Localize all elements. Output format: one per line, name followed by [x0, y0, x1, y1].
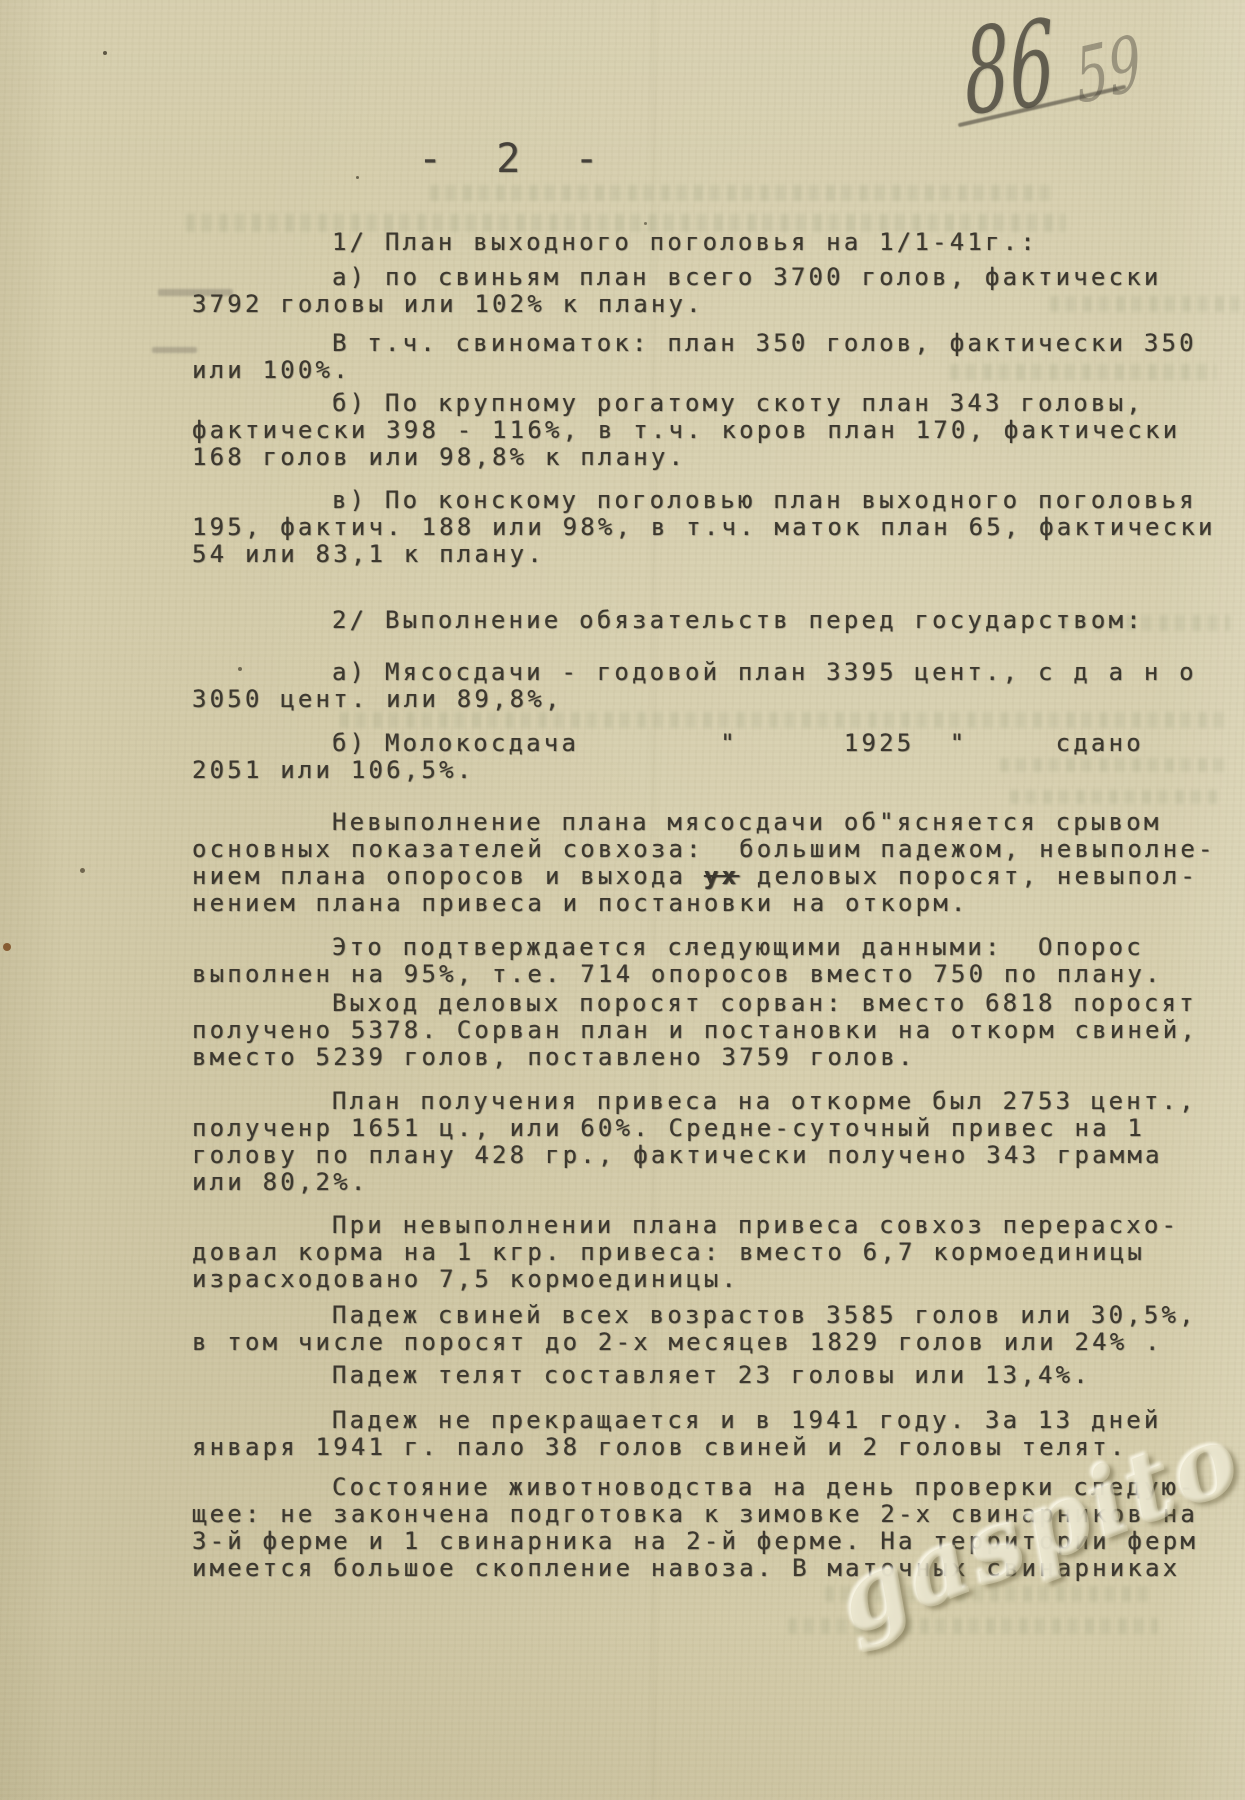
- text-line: 3792 головы или 102% к плану.: [192, 291, 1207, 318]
- text-line: израсходовано 7,5 кормоединицы.: [192, 1266, 1207, 1293]
- paragraph: а) Мясосдачи - годовой план 3395 цент., …: [192, 659, 1207, 713]
- text-line: Падеж свиней всех возрастов 3585 голов и…: [192, 1302, 1207, 1329]
- text-line: а) по свиньям план всего 3700 голов, фак…: [192, 264, 1207, 291]
- bleedthrough-ghost-line: [788, 1618, 1158, 1634]
- text-line: вместо 5239 голов, поставлено 3759 голов…: [192, 1044, 1207, 1071]
- text-line: Падеж не прекращается и в 1941 году. За …: [192, 1407, 1207, 1434]
- page-number: - 2 -: [418, 136, 601, 182]
- pencil-mark: [152, 347, 197, 353]
- scanned-document-page: - 2 - 86 59 1/ План выходного поголовья …: [0, 0, 1245, 1800]
- text-line: или 100%.: [192, 357, 1207, 384]
- paragraph: План получения привеса на откорме был 27…: [192, 1088, 1207, 1196]
- text-line: В т.ч. свиноматок: план 350 голов, факти…: [192, 330, 1207, 357]
- paragraph: а) по свиньям план всего 3700 голов, фак…: [192, 264, 1207, 318]
- text-line: 168 голов или 98,8% к плану.: [192, 444, 1207, 471]
- text-line: в том числе поросят до 2-х месяцев 1829 …: [192, 1329, 1207, 1356]
- paragraph: в) По конскому поголовью план выходного …: [192, 487, 1207, 568]
- paragraph: 1/ План выходного поголовья на 1/1-41г.:: [192, 229, 1207, 256]
- paragraph: 2/ Выполнение обязательств перед государ…: [192, 607, 1207, 634]
- text-line: 54 или 83,1 к плану.: [192, 541, 1207, 568]
- paragraph: Падеж не прекращается и в 1941 году. За …: [192, 1407, 1207, 1461]
- paragraph: При невыполнении плана привеса совхоз пе…: [192, 1212, 1207, 1293]
- text-line: 195, фактич. 188 или 98%, в т.ч. маток п…: [192, 514, 1207, 541]
- text-line: основных показателей совхоза: большим па…: [192, 836, 1207, 863]
- text-line: б) По крупному рогатому скоту план 343 г…: [192, 390, 1207, 417]
- text-line: нением плана привеса и постановки на отк…: [192, 890, 1207, 917]
- text-line: получено 5378. Сорван план и постановки …: [192, 1017, 1207, 1044]
- paper-speck: [80, 868, 85, 873]
- paragraph: б) Молокосдача " 1925 " сдано 2051 или 1…: [192, 730, 1207, 784]
- struck-word: ух: [704, 862, 739, 890]
- text-line: План получения привеса на откорме был 27…: [192, 1088, 1207, 1115]
- text-line: полученр 1651 ц., или 60%. Средне-суточн…: [192, 1115, 1207, 1142]
- text-line: 1/ План выходного поголовья на 1/1-41г.:: [192, 229, 1207, 256]
- paragraph: В т.ч. свиноматок: план 350 голов, факти…: [192, 330, 1207, 384]
- text-line: или 80,2%.: [192, 1169, 1207, 1196]
- paper-speck: [103, 51, 107, 55]
- text-line: января 1941 г. пало 38 голов свиней и 2 …: [192, 1434, 1207, 1461]
- paragraph: Выход деловых поросят сорван: вместо 681…: [192, 990, 1207, 1071]
- text-line: б) Молокосдача " 1925 " сдано: [192, 730, 1207, 757]
- text-line: фактически 398 - 116%, в т.ч. коров план…: [192, 417, 1207, 444]
- text-line: Падеж телят составляет 23 головы или 13,…: [192, 1362, 1207, 1389]
- text-line: нием плана опоросов и выхода ух деловых …: [192, 863, 1207, 890]
- text-line: в) По конскому поголовью план выходного …: [192, 487, 1207, 514]
- paragraph: Это подтверждается следующими данными: О…: [192, 934, 1207, 988]
- text-line: а) Мясосдачи - годовой план 3395 цент., …: [192, 659, 1207, 686]
- document-text: 1/ План выходного поголовья на 1/1-41г.:…: [192, 229, 1207, 1582]
- text-line: Это подтверждается следующими данными: О…: [192, 934, 1207, 961]
- text-line: Невыполнение плана мясосдачи об"ясняется…: [192, 809, 1207, 836]
- paragraph: б) По крупному рогатому скоту план 343 г…: [192, 390, 1207, 471]
- text-segment: нием плана опоросов и выхода: [192, 862, 704, 890]
- text-line: 2051 или 106,5%.: [192, 757, 1207, 784]
- handwritten-number: 59: [1072, 25, 1145, 115]
- text-line: довал корма на 1 кгр. привеса: вместо 6,…: [192, 1239, 1207, 1266]
- text-line: 3050 цент. или 89,8%,: [192, 686, 1207, 713]
- paper-speck: [3, 943, 11, 951]
- text-line: При невыполнении плана привеса совхоз пе…: [192, 1212, 1207, 1239]
- text-line: 2/ Выполнение обязательств перед государ…: [192, 607, 1207, 634]
- paper-speck: [356, 176, 359, 179]
- paper-speck: [644, 222, 647, 225]
- bleedthrough-ghost-line: [430, 185, 1050, 201]
- paragraph: Падеж телят составляет 23 головы или 13,…: [192, 1362, 1207, 1389]
- paragraph: Невыполнение плана мясосдачи об"ясняется…: [192, 809, 1207, 917]
- paragraph: Падеж свиней всех возрастов 3585 голов и…: [192, 1302, 1207, 1356]
- text-segment: деловых поросят, невыпол-: [739, 862, 1198, 890]
- text-line: Выход деловых поросят сорван: вместо 681…: [192, 990, 1207, 1017]
- text-line: выполнен на 95%, т.е. 714 опоросов вмест…: [192, 961, 1207, 988]
- text-line: голову по плану 428 гр., фактически полу…: [192, 1142, 1207, 1169]
